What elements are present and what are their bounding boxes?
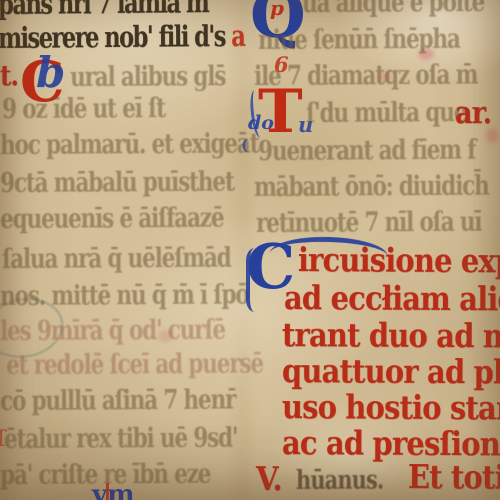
right-text-line-5: 9uenerant ad fīem f <box>258 137 475 165</box>
left-text-line-12: cō pulllū aſinā 7 henr̄ <box>0 386 235 415</box>
left-text-line-4: 9 oz īdē ut eī ſt <box>2 95 165 123</box>
rubric-line-6: ac ad presſionē: ic <box>282 426 500 461</box>
initial-c-tail-swash <box>246 248 260 312</box>
left-text-line-6: 9ctā mābalū puīsthet <box>0 168 234 197</box>
initial-c-blue-flourish: b <box>36 52 65 94</box>
rubric-line-5: uso hostio stantes <box>282 390 500 425</box>
left-red-t-mark: t. <box>0 62 18 90</box>
rubric-line-7-red-text: Et toti <box>408 460 500 494</box>
left-text-line-13: ētalur rex tibi uē 9sd' <box>4 424 237 453</box>
left-text-line-9: nos. mittē nū q̄ m̄ ī ſpō <box>0 281 249 310</box>
left-text-line-10: les 9mīrā q̄ od' curſē <box>0 317 225 345</box>
rubric-line-7-faded-text: hūanus. <box>296 467 383 494</box>
left-text-line-8: ſalua nrā q̄ uēlēſmād <box>2 245 231 273</box>
right-text-line-2: niue ſenūn̄ ſnēpha <box>258 26 460 54</box>
rubric-line-3: trant duo ad mu <box>282 318 500 352</box>
rubric-line-4: quattuor ad plu <box>282 354 500 388</box>
catchword-red-stroke <box>106 483 109 500</box>
right-text-line-1: ūa aliq̄ue e pōitē <box>302 0 484 17</box>
left-text-line-11: et redolē ſceī ad puersē <box>6 350 263 379</box>
initial-q-red-flourish: p <box>270 0 284 18</box>
left-text-line-3: ural alibus gls̄ <box>70 63 225 91</box>
manuscript-page: pāns nrī 7 lamiā m̄ miserere nob' fili d… <box>0 0 500 500</box>
rubric-versus-mark: V. <box>256 462 282 495</box>
initial-t-blue-flourish: do <box>248 114 274 133</box>
catchword: ym <box>92 482 135 500</box>
rubric-line-2: ad eccłiam aliqui <box>284 281 500 316</box>
left-text-line-7: equeuenīs ē āiſfaazē <box>0 205 223 233</box>
rubric-line-1: ircuisione expresſi <box>298 243 500 278</box>
left-text-line-5: hoc palmarū. et exigeāt <box>0 130 258 159</box>
gutter-blue-mark: ( <box>241 138 248 153</box>
left-line-2-red-letter: a <box>231 19 244 53</box>
left-margin-red-mark: ſ <box>0 428 5 450</box>
right-text-line-6: mābant ōnō: diuidich̄ <box>254 172 489 201</box>
right-red-ar-mark: ar. <box>455 98 492 129</box>
left-text-line-1: pāns nrī 7 lamiā m̄ <box>0 0 208 19</box>
right-text-line-4: ſ'du mūlta que <box>306 99 466 127</box>
